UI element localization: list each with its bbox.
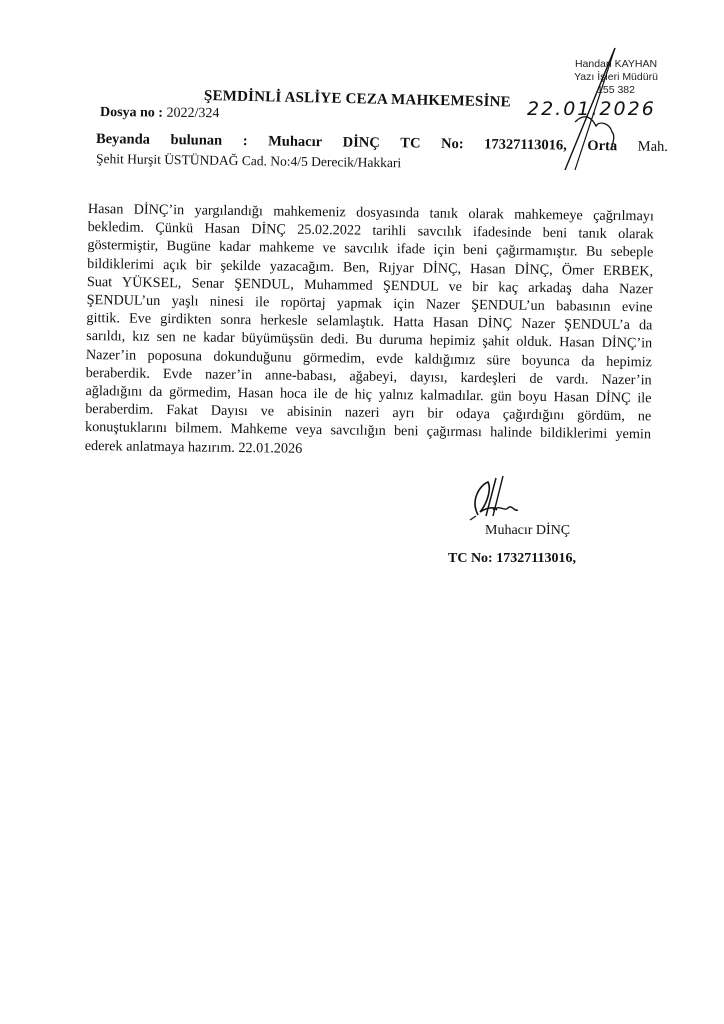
declarant-signature-icon — [0, 0, 724, 600]
signatory-name: Muhacır DİNÇ — [485, 523, 570, 539]
signatory-tc: TC No: 17327113016, — [448, 551, 576, 567]
